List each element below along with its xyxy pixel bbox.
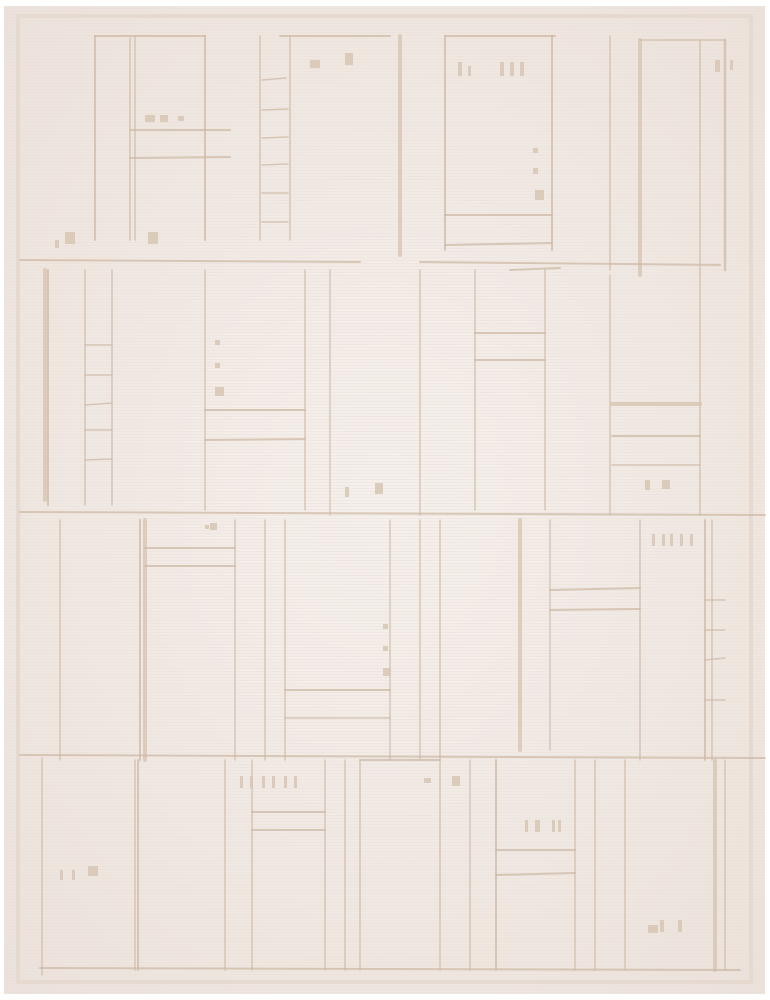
pattern-motif xyxy=(148,232,158,244)
pattern-motif xyxy=(215,387,224,396)
pattern-line xyxy=(85,459,112,460)
pattern-motif xyxy=(72,870,75,880)
pattern-motif xyxy=(645,480,650,490)
pattern-motif xyxy=(272,776,275,788)
pattern-motif xyxy=(60,870,63,880)
pattern-motif xyxy=(510,62,514,76)
pattern-motif xyxy=(648,925,658,933)
pattern-motif xyxy=(690,534,693,546)
pattern-motif xyxy=(160,115,168,122)
pattern-motif xyxy=(55,240,59,248)
pattern-motif xyxy=(652,534,655,546)
pattern-motif xyxy=(294,776,297,788)
pattern-motif xyxy=(205,525,209,529)
rug-image xyxy=(0,0,770,1000)
pattern-motif xyxy=(240,776,243,788)
pattern-line xyxy=(262,137,288,138)
pattern-motif xyxy=(284,776,287,788)
pattern-motif xyxy=(458,62,462,76)
rug-pile-texture xyxy=(4,6,765,994)
pattern-motif xyxy=(424,778,431,783)
pattern-motif xyxy=(730,60,733,70)
pattern-motif xyxy=(310,60,320,68)
pattern-motif xyxy=(468,66,471,76)
pattern-line xyxy=(130,157,230,158)
pattern-motif xyxy=(345,53,353,65)
pattern-motif xyxy=(210,523,217,530)
pattern-line xyxy=(262,109,288,110)
pattern-motif xyxy=(680,534,683,546)
pattern-line xyxy=(262,164,288,165)
pattern-motif xyxy=(375,483,383,494)
pattern-motif xyxy=(262,776,265,788)
pattern-motif xyxy=(500,62,504,76)
pattern-motif xyxy=(178,116,184,121)
pattern-motif xyxy=(345,487,349,497)
pattern-motif xyxy=(65,232,75,244)
pattern-motif xyxy=(678,920,682,932)
pattern-motif xyxy=(558,820,561,832)
rug-photo: Area rug with ivory ground and tan geome… xyxy=(0,0,770,1000)
pattern-line xyxy=(205,439,305,440)
pattern-motif xyxy=(660,920,664,932)
pattern-motif xyxy=(88,866,98,876)
pattern-motif xyxy=(552,820,555,832)
pattern-motif xyxy=(250,776,253,788)
pattern-motif xyxy=(145,115,155,122)
pattern-motif xyxy=(452,776,460,786)
pattern-motif xyxy=(662,534,665,546)
pattern-motif xyxy=(715,60,720,72)
pattern-motif xyxy=(525,820,528,832)
pattern-line xyxy=(550,609,640,610)
pattern-motif xyxy=(670,534,673,546)
pattern-motif xyxy=(533,148,538,153)
pattern-motif xyxy=(533,168,538,174)
pattern-motif xyxy=(215,340,220,345)
pattern-motif xyxy=(662,480,670,489)
pattern-motif xyxy=(520,62,524,76)
pattern-motif xyxy=(535,190,544,200)
pattern-motif xyxy=(383,624,388,629)
pattern-motif xyxy=(535,820,540,832)
pattern-motif xyxy=(215,363,220,368)
pattern-motif xyxy=(383,668,391,676)
pattern-motif xyxy=(383,646,388,651)
